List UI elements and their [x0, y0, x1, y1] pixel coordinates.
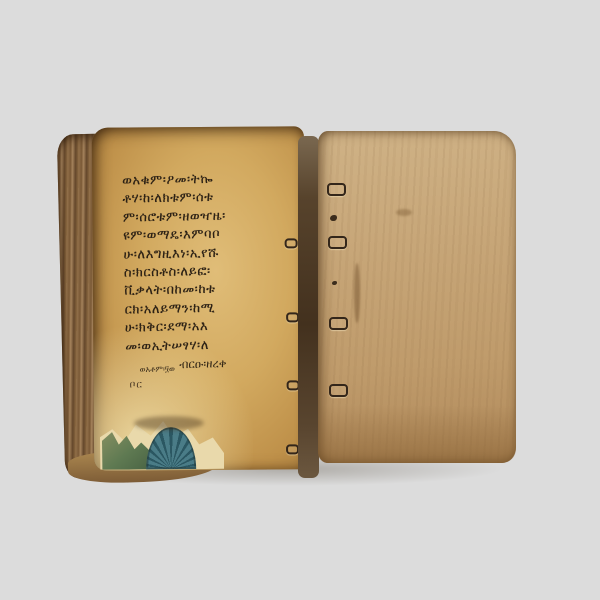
binding-gutter — [298, 136, 319, 478]
board-water-stain — [318, 405, 516, 463]
wood-knot — [396, 209, 412, 216]
left-parchment-page: ወአቁም፡ዖመ፡ትኰ ቶሃ፡ከ፡ለክቱም፡ሰቱ ም፡ሰሮቱም፡ዘወዣዜ፡ ዩም፡… — [92, 126, 306, 470]
geez-text-line: መ፡ወኢትሠፃሃ፡ለ — [125, 335, 301, 357]
binding-stitch — [329, 317, 348, 330]
colophon-small-text: ወእቶም፡፶ወ — [139, 364, 175, 374]
geez-text-block: ወአቁም፡ዖመ፡ትኰ ቶሃ፡ከ፡ለክቱም፡ሰቱ ም፡ሰሮቱም፡ዘወዣዜ፡ ዩም፡… — [122, 169, 302, 356]
colophon-large-text: ብርዑ፡ዘረቀ — [179, 356, 227, 371]
quire-mark: ቦር — [130, 379, 143, 390]
binding-stitch — [285, 238, 298, 248]
binding-stitch — [327, 183, 346, 196]
binding-stitch — [329, 384, 348, 397]
binding-stitch — [328, 236, 347, 249]
wooden-back-board — [318, 131, 516, 463]
photo-backdrop: ወአቁም፡ዖመ፡ትኰ ቶሃ፡ከ፡ለክቱም፡ሰቱ ም፡ሰሮቱም፡ዘወዣዜ፡ ዩም፡… — [0, 0, 600, 600]
colophon-note: ወእቶም፡፶ወ ብርዑ፡ዘረቀ — [139, 359, 226, 376]
wood-grain-streak — [354, 263, 360, 323]
